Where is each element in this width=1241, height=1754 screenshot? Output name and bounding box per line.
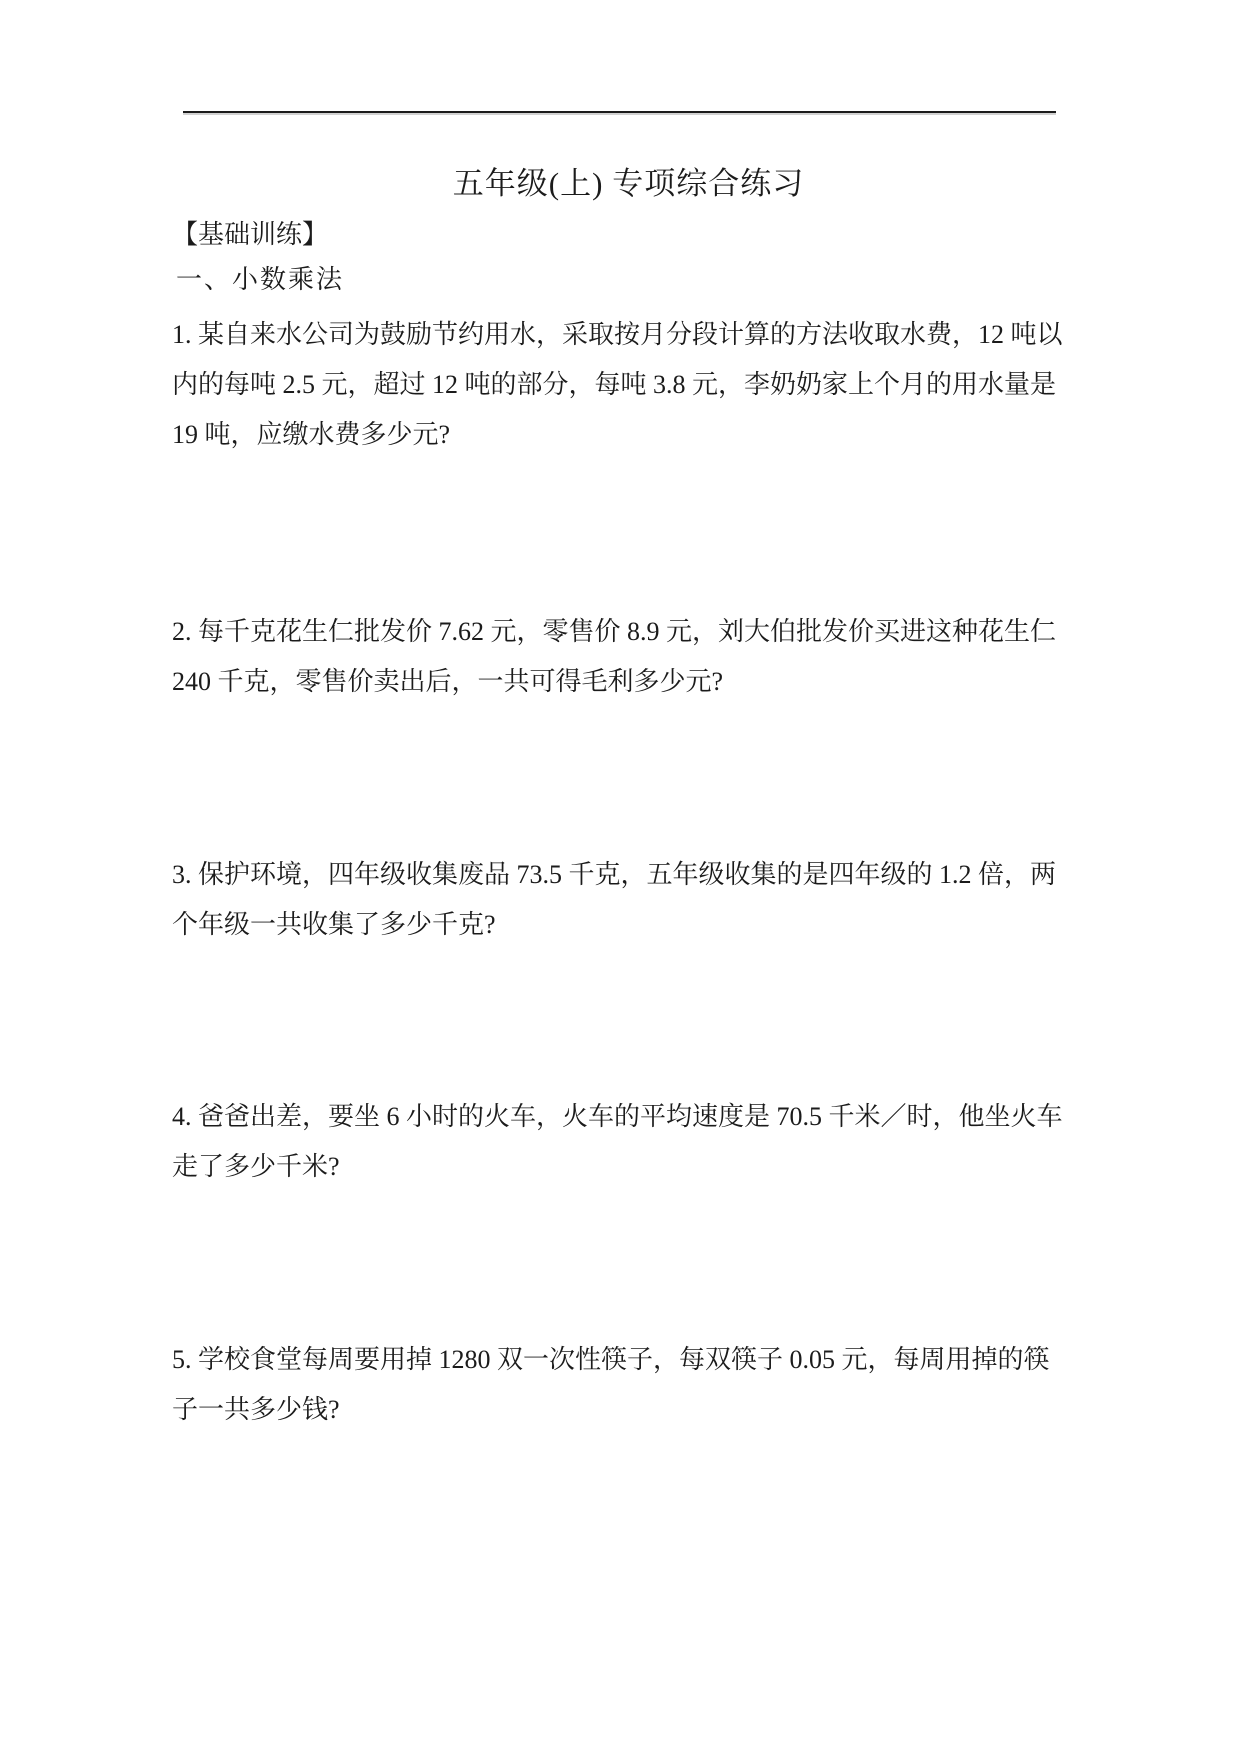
question-4-line-1: 4. 爸爸出差，要坐 6 小时的火车，火车的平均速度是 70.5 千米／时，他坐… — [172, 1092, 1092, 1142]
section-header: 【基础训练】 — [172, 214, 328, 251]
question-5-line-2: 子一共多少钱? — [172, 1385, 1092, 1435]
question-1: 1. 某自来水公司为鼓励节约用水，采取按月分段计算的方法收取水费，12 吨以 内… — [172, 310, 1092, 460]
worksheet-page: 五年级(上) 专项综合练习 【基础训练】 一、小数乘法 1. 某自来水公司为鼓励… — [0, 0, 1241, 1754]
question-2-line-1: 2. 每千克花生仁批发价 7.62 元，零售价 8.9 元，刘大伯批发价买进这种… — [172, 607, 1092, 657]
page-title: 五年级(上) 专项综合练习 — [172, 158, 1085, 203]
question-2-line-2: 240 千克，零售价卖出后，一共可得毛利多少元? — [172, 657, 1092, 707]
question-3: 3. 保护环境，四年级收集废品 73.5 千克，五年级收集的是四年级的 1.2 … — [172, 850, 1092, 950]
question-3-line-1: 3. 保护环境，四年级收集废品 73.5 千克，五年级收集的是四年级的 1.2 … — [172, 850, 1092, 900]
question-4-line-2: 走了多少千米? — [172, 1142, 1092, 1192]
question-4: 4. 爸爸出差，要坐 6 小时的火车，火车的平均速度是 70.5 千米／时，他坐… — [172, 1092, 1092, 1192]
header-rule — [183, 111, 1056, 113]
question-1-line-3: 19 吨，应缴水费多少元? — [172, 410, 1092, 460]
question-1-line-2: 内的每吨 2.5 元，超过 12 吨的部分，每吨 3.8 元，李奶奶家上个月的用… — [172, 360, 1092, 410]
subsection-heading: 一、小数乘法 — [176, 259, 344, 296]
question-3-line-2: 个年级一共收集了多少千克? — [172, 900, 1092, 950]
question-5-line-1: 5. 学校食堂每周要用掉 1280 双一次性筷子，每双筷子 0.05 元，每周用… — [172, 1335, 1092, 1385]
question-5: 5. 学校食堂每周要用掉 1280 双一次性筷子，每双筷子 0.05 元，每周用… — [172, 1335, 1092, 1435]
question-2: 2. 每千克花生仁批发价 7.62 元，零售价 8.9 元，刘大伯批发价买进这种… — [172, 607, 1092, 707]
question-1-line-1: 1. 某自来水公司为鼓励节约用水，采取按月分段计算的方法收取水费，12 吨以 — [172, 310, 1092, 360]
